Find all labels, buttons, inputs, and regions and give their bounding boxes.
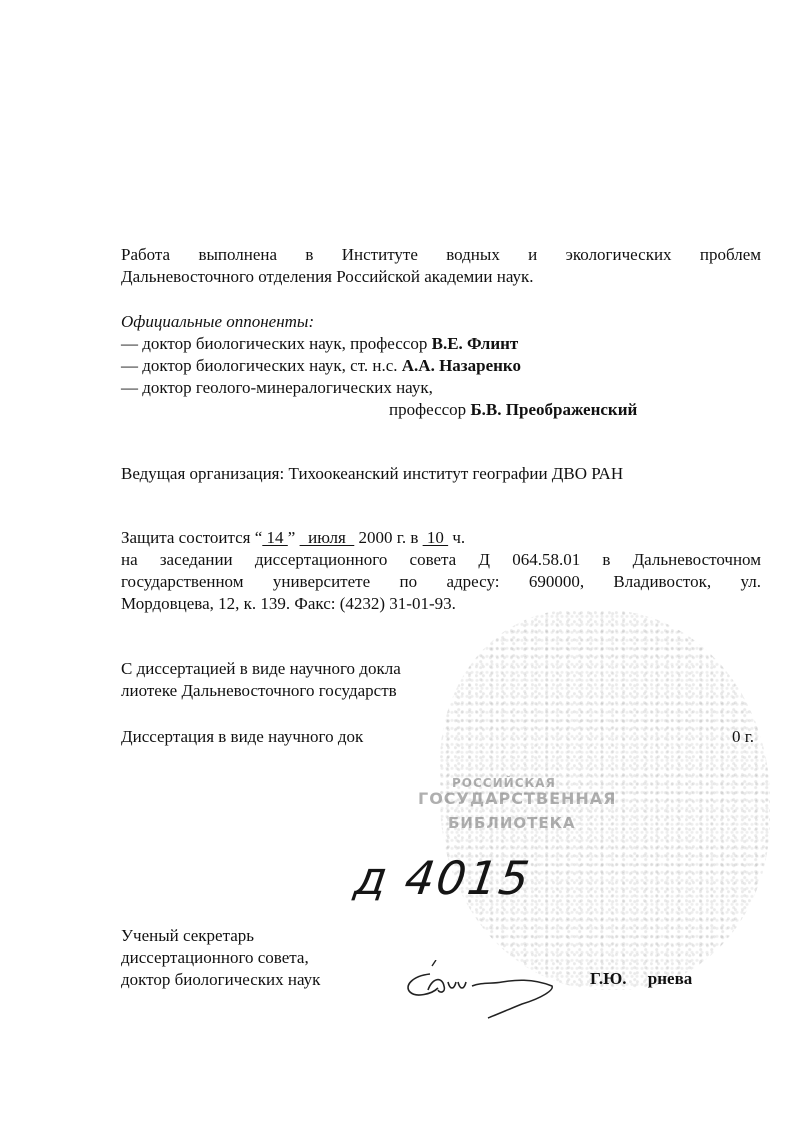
defense-date-line: Защита состоится “ 14 ” июля 2000 г. в 1…	[121, 527, 761, 549]
sent-out-notice: Диссертация в виде научного док	[121, 726, 761, 748]
opponent-1: — доктор биологических наук, профессор В…	[121, 333, 761, 355]
intro-line-2: Дальневосточного отделения Российской ак…	[121, 266, 761, 288]
leading-org-line: Ведущая организация: Тихоокеанский инсти…	[121, 463, 761, 485]
opponent-3: — доктор геолого-минералогических наук,	[121, 377, 761, 399]
sent-out-start: Диссертация в виде научного док	[121, 726, 761, 748]
opponent-1-title: — доктор биологических наук, профессор	[121, 334, 432, 353]
signature-icon	[402, 960, 562, 1020]
defense-prefix: Защита состоится “	[121, 528, 262, 547]
stamp-text-line2: ГОСУДАРСТВЕННАЯ	[418, 788, 617, 810]
defense-year: 2000 г. в	[354, 528, 422, 547]
library-line-2: лиотеке Дальневосточного государств	[121, 680, 761, 702]
secretary-initials: Г.Ю.	[590, 969, 627, 988]
defense-hour: 10	[423, 527, 449, 549]
secretary-name: Г.Ю. рнева	[590, 968, 692, 990]
secretary-name-obscured	[627, 969, 648, 988]
defense-line-3: государственном университете по адресу: …	[121, 571, 761, 593]
opponents-heading: Официальные оппоненты:	[121, 311, 761, 333]
opponent-2: — доктор биологических наук, ст. н.с. А.…	[121, 355, 761, 377]
opponent-3-title: — доктор геолого-минералогических наук,	[121, 378, 433, 397]
secretary-surname-end: рнева	[648, 969, 692, 988]
opponent-3-name: Б.В. Преображенский	[470, 400, 637, 419]
library-line-1: С диссертацией в виде научного докла	[121, 658, 761, 680]
defense-section: Защита состоится “ 14 ” июля 2000 г. в 1…	[121, 527, 761, 615]
handwritten-catalog-number: д 4015	[351, 848, 535, 908]
defense-quote-close: ”	[288, 528, 300, 547]
document-page: РОССИЙСКАЯ ГОСУДАРСТВЕННАЯ БИБЛИОТЕКА Ра…	[0, 0, 798, 1132]
leading-org-value: Тихоокеанский институт географии ДВО РАН	[284, 464, 623, 483]
intro-line-1: Работа выполнена в Институте водных и эк…	[121, 244, 761, 266]
opponent-3-cont: профессор Б.В. Преображенский	[121, 399, 761, 421]
library-notice: С диссертацией в виде научного докла лио…	[121, 658, 761, 702]
defense-month: июля	[300, 527, 355, 549]
secretary-line-1: Ученый секретарь	[121, 925, 761, 947]
opponent-1-name: В.Е. Флинт	[432, 334, 519, 353]
leading-organization: Ведущая организация: Тихоокеанский инсти…	[121, 463, 761, 485]
defense-line-4: Мордовцева, 12, к. 139. Факс: (4232) 31-…	[121, 593, 761, 615]
defense-line-2: на заседании диссертационного совета Д 0…	[121, 549, 761, 571]
defense-hour-suffix: ч.	[448, 528, 465, 547]
opponent-3-position: профессор	[389, 400, 470, 419]
intro-paragraph: Работа выполнена в Институте водных и эк…	[121, 244, 761, 288]
defense-day: 14	[262, 527, 288, 549]
sent-out-end: 0 г.	[732, 726, 754, 748]
opponents-section: Официальные оппоненты: — доктор биологич…	[121, 311, 761, 421]
opponent-2-name: А.А. Назаренко	[402, 356, 521, 375]
opponent-2-title: — доктор биологических наук, ст. н.с.	[121, 356, 402, 375]
stamp-text-line3: БИБЛИОТЕКА	[448, 812, 576, 834]
leading-org-label: Ведущая организация:	[121, 464, 284, 483]
